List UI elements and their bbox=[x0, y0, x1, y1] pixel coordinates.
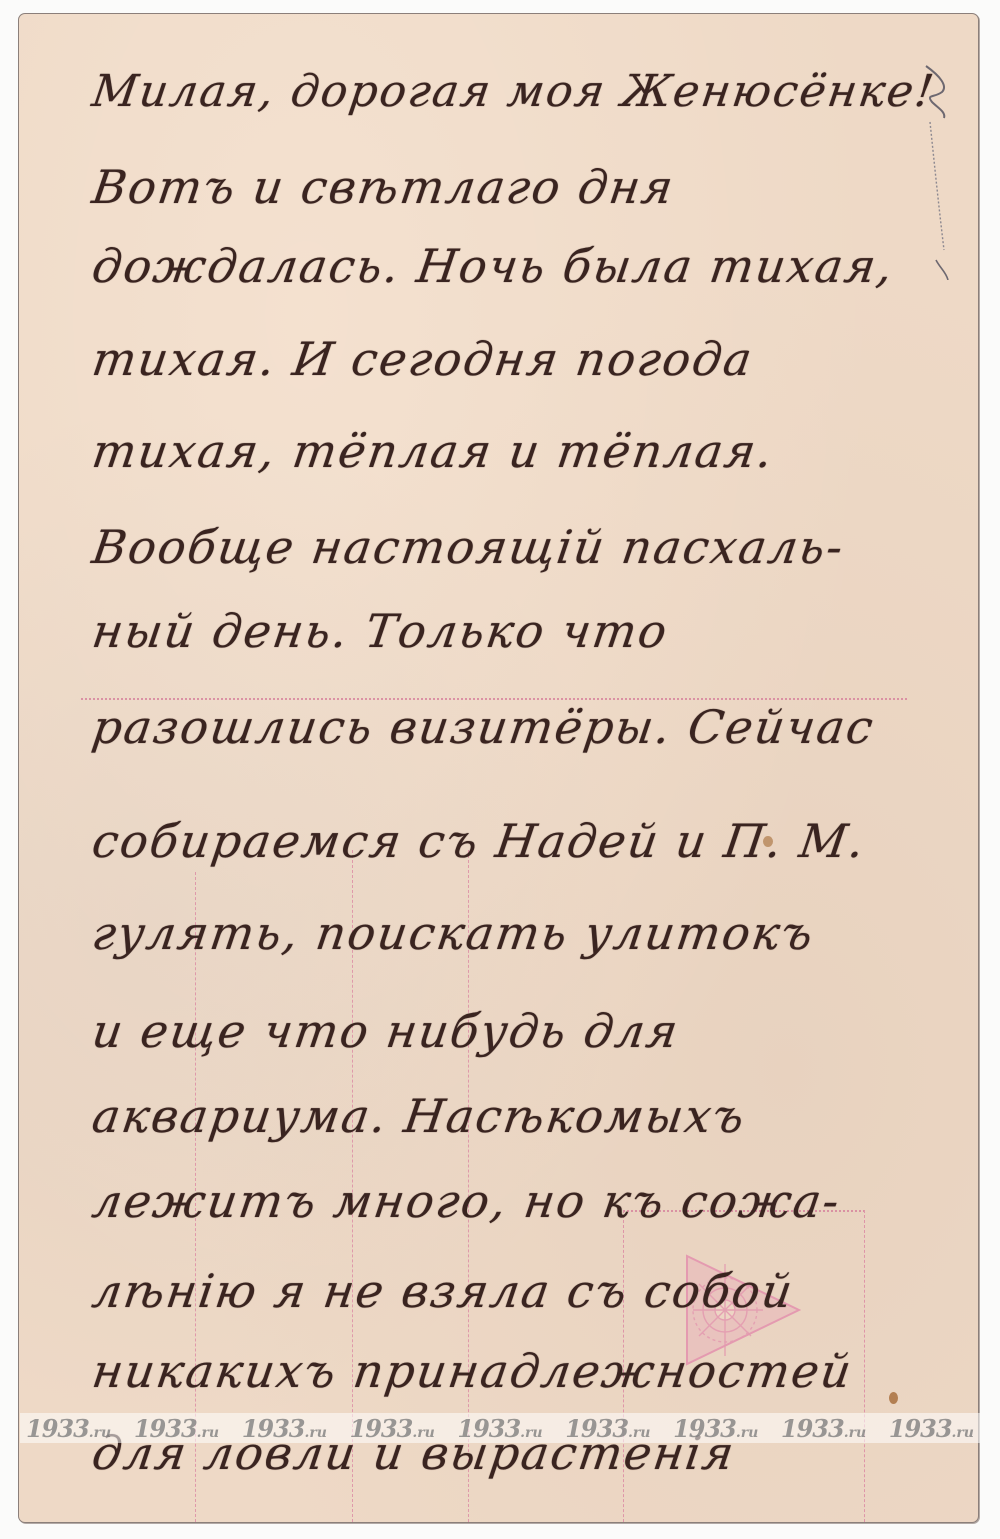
pencil-annotation-icon bbox=[918, 50, 958, 280]
letter-line: Вообще настоящій пасхаль- bbox=[89, 520, 848, 574]
letter-line: для ловли и вырастенія bbox=[89, 1426, 739, 1480]
letter-line: лежитъ много, но къ сожа- bbox=[89, 1174, 844, 1228]
letter-line: собираемся съ Надей и П. М. bbox=[89, 814, 869, 868]
ink-spot bbox=[889, 1392, 898, 1404]
letter-line: Милая, дорогая моя Женюсёнке! bbox=[89, 66, 938, 117]
letter-line: лѣнію я не взяла съ собой bbox=[89, 1264, 797, 1318]
letter-line: тихая. И сегодня погода bbox=[89, 332, 757, 386]
letter-line: дождалась. Ночь была тихая, bbox=[89, 239, 898, 293]
letter-line: тихая, тёплая и тёплая. bbox=[89, 424, 778, 478]
letter-line: никакихъ принадлежностей bbox=[89, 1344, 856, 1398]
letter-line: аквариума. Насѣкомыхъ bbox=[89, 1089, 750, 1143]
letter-line: разошлись визитёры. Сейчас bbox=[89, 700, 878, 754]
letter-line: Вотъ и свѣтлаго дня bbox=[89, 160, 678, 214]
letter-line: и еще что нибудь для bbox=[89, 1004, 683, 1058]
ink-spot bbox=[763, 836, 773, 847]
letter-line: гулять, поискать улитокъ bbox=[89, 906, 818, 960]
page: Милая, дорогая моя Женюсёнке! Вотъ и свѣ… bbox=[0, 0, 1000, 1539]
postcard: Милая, дорогая моя Женюсёнке! Вотъ и свѣ… bbox=[19, 14, 978, 1522]
letter-line: ный день. Только что bbox=[89, 604, 672, 658]
